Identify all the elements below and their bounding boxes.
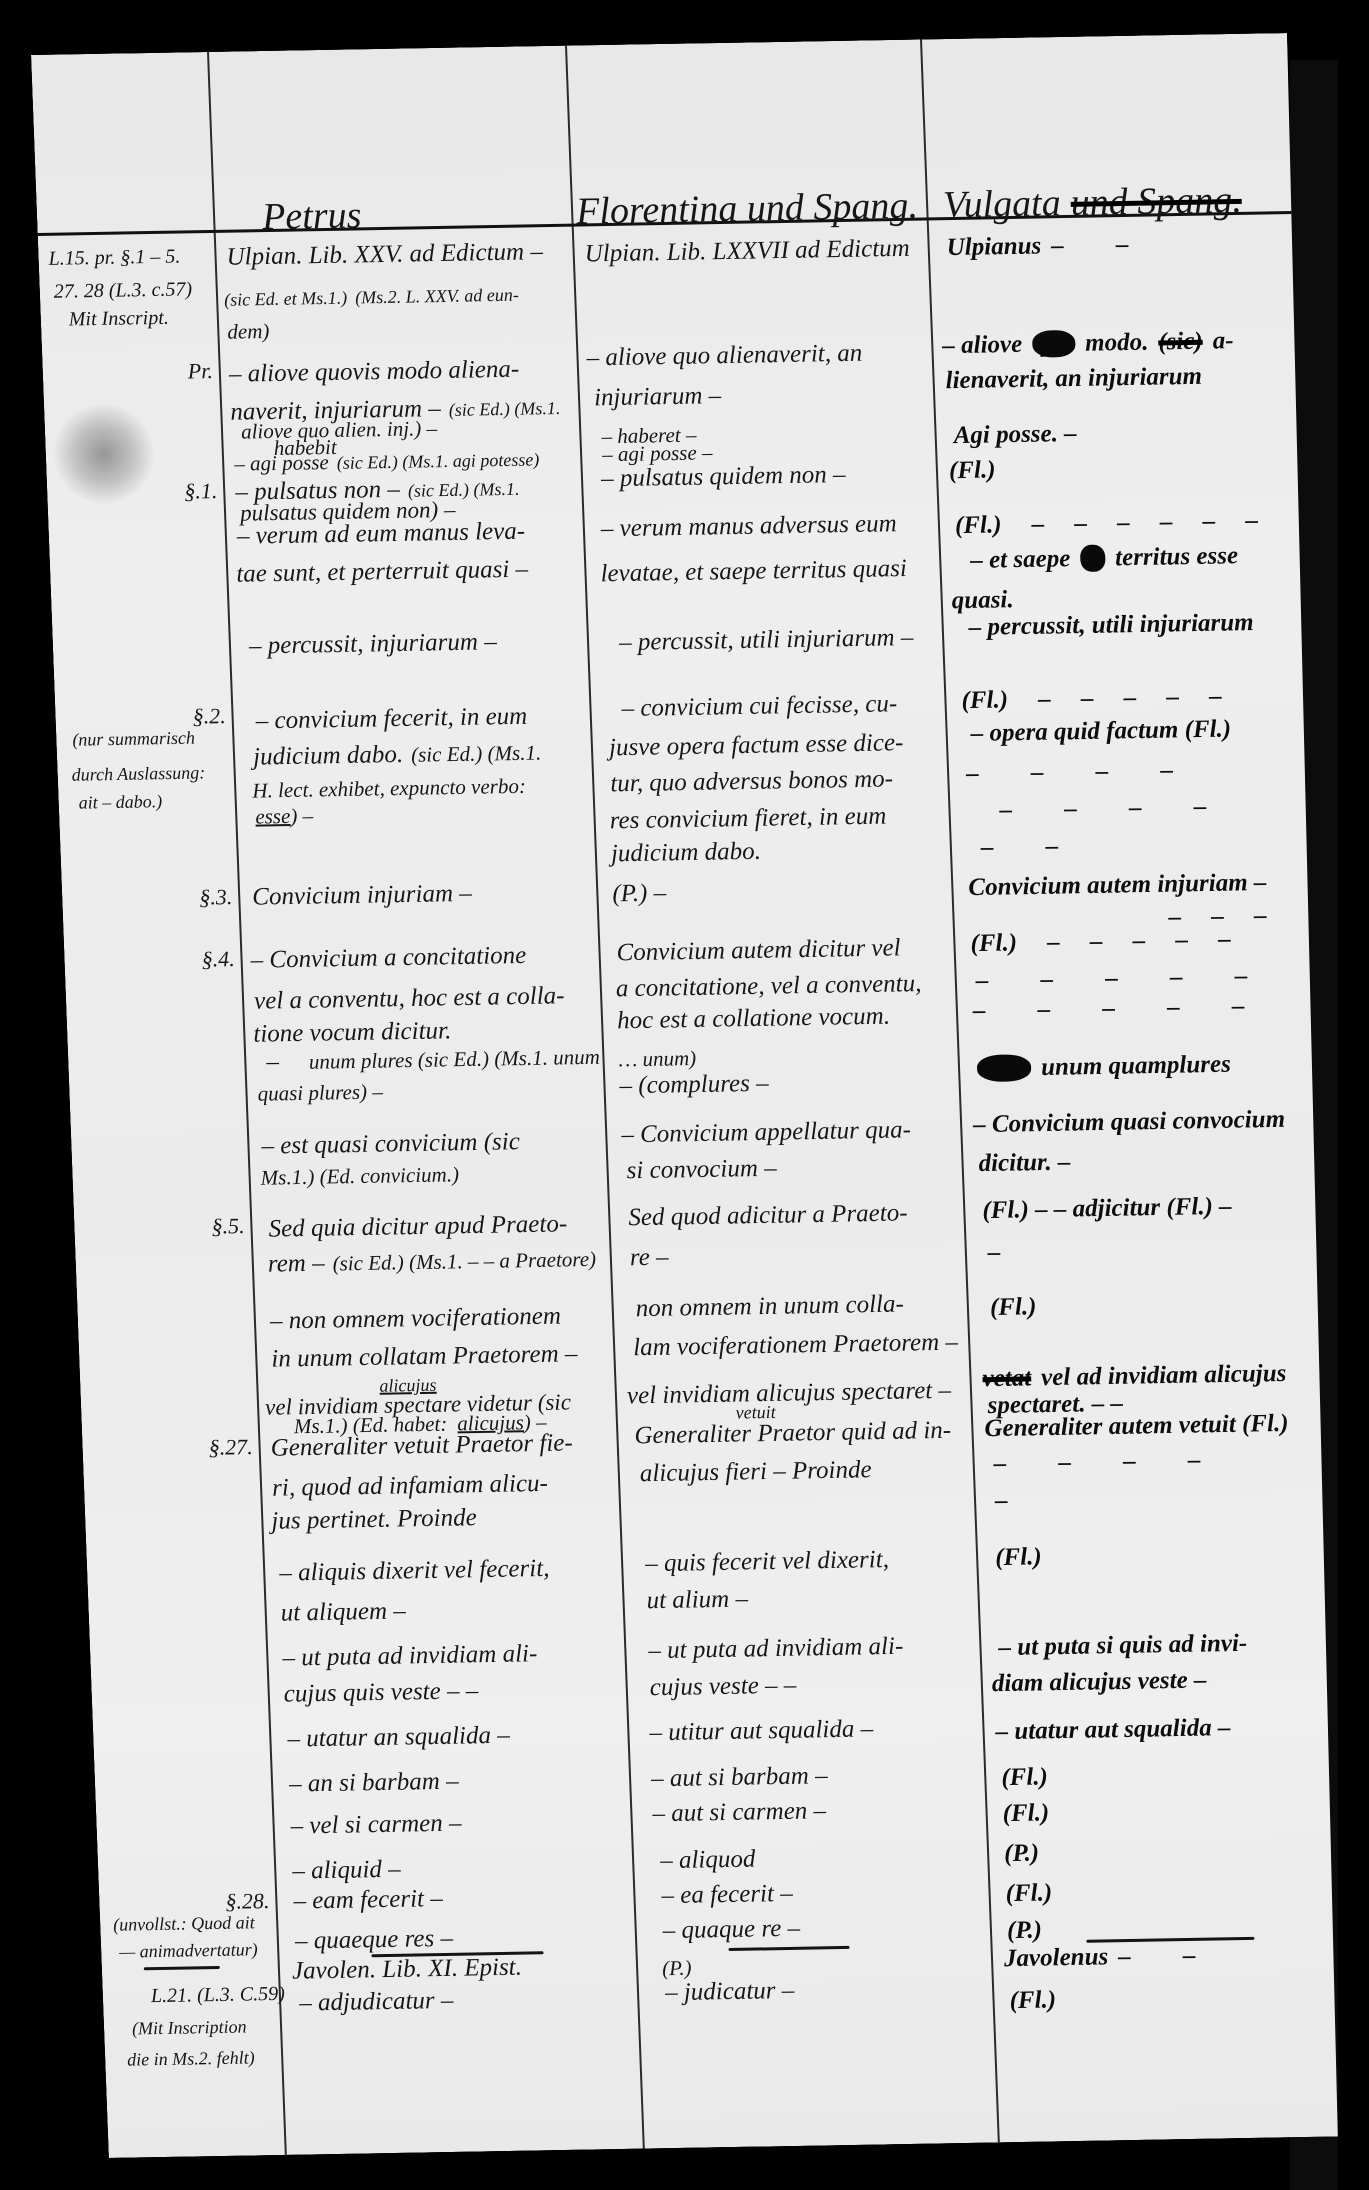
florentina-line: lam vociferationem Praetorem – [633,1329,959,1363]
florentina-line: – (complures – [619,1070,769,1101]
petrus-line: quasi plures) – [257,1078,383,1108]
vulgata-line: lienaverit, an injuriarum [945,363,1202,395]
vulgata-line: (Fl.) [989,1293,1037,1322]
florentina-line: ut alium – [646,1585,748,1615]
vulgata-line: (Fl.) [995,1543,1043,1572]
petrus-line: – Convicium a concitatione [250,942,527,975]
reading: Ulpianus [946,232,1041,261]
struck-word: vetat [982,1364,1032,1392]
margin-note: — animadvertatur) [119,1935,259,1965]
florentina-line: Generaliter Praetor quid ad in- [634,1417,952,1451]
vulgata-line: dicitur. – [978,1149,1071,1179]
florentina-line: – percussit, utili injuriarum – [619,624,914,657]
florentina-line: Sed quod adicitur a Praeto- [628,1199,908,1232]
florentina-column: Ulpian. Lib. LXXVII ad Edictum – aliove … [575,39,998,2148]
florentina-line: – quaque re – [662,1915,800,1945]
florentina-line: injuriarum – [594,382,722,412]
vulgata-line: (Fl.) [948,456,996,485]
vulgata-line: (P.) [1004,1840,1040,1869]
petrus-line: – aliquis dixerit vel fecerit, [279,1555,550,1588]
florentina-line: judicium dabo. [610,838,761,869]
vulgata-line: – – – – [966,756,1174,788]
florentina-line: alicujus fieri – Proinde [639,1456,872,1488]
underlined-word: esse [255,804,291,829]
florentina-line: – aliove quo alienaverit, an [586,340,863,373]
petrus-line: – est quasi convicium (sic [261,1128,520,1161]
petrus-line: tae sunt, et perterruit quasi – [236,556,529,589]
reading: – aliove [942,331,1023,359]
vulgata-line: vetatvel ad invidiam alicujus [982,1360,1287,1393]
margin-note: (nur summarisch [72,724,196,754]
petrus-line: Sed quia dicitur apud Praeto- [268,1210,568,1243]
collation-note: (Ms.2. L. XXV. ad eun- [355,285,519,308]
reading: – [266,1048,279,1075]
florentina-line: – aut si barbam – [651,1762,828,1793]
petrus-line: esse) – [255,802,314,831]
rule [728,1946,849,1951]
vulgata-line: Convicium autem injuriam – [968,869,1267,902]
vulgata-line: – – [980,833,1058,862]
vulgata-line: – ut puta si quis ad invi- [998,1630,1248,1662]
vulgata-line: Agi posse. – [953,420,1077,450]
reading: (sic Ed. et Ms.1.) [224,288,348,310]
florentina-line: cujus veste – – [649,1672,797,1703]
reading: – agi posse [234,450,329,476]
florentina-line: Ulpian. Lib. LXXVII ad Edictum [584,235,910,269]
margin-reference: L.21. (L.3. C.59) [150,1980,285,2010]
vulgata-line: (Fl.) [1009,1986,1057,2015]
collation-note: (sic Ed.) (Ms.1. agi potesse) [336,449,539,473]
florentina-line: – aliquod [660,1845,756,1875]
vulgata-line: (Fl.) – – – – – [970,926,1231,959]
florentina-line: – verum manus adversus eum [600,510,897,543]
petrus-line: – convicium fecerit, in eum [255,703,527,736]
petrus-line: – eam fecerit – [293,1885,443,1916]
reading: Javolenus [1004,1943,1109,1972]
struck-word: (sic) [1158,328,1203,356]
vulgata-line: Cumunum quamplures [977,1051,1232,1083]
petrus-line: – ut puta ad invidiam ali- [282,1640,538,1672]
scan-background: Petrus Florentina und Spang. Vulgataund … [0,0,1369,2190]
vulgata-line: (Fl.) – – – – – [961,683,1222,716]
petrus-line: vel a conventu, hoc est a colla- [254,982,565,1015]
margin-reference: Mit Inscript. [68,304,169,334]
florentina-line: – quis fecerit vel dixerit, [645,1546,890,1578]
petrus-line: – verum ad eum manus leva- [236,518,525,551]
margin-note: ait – dabo.) [78,787,163,816]
florentina-line: … unum) [618,1044,697,1073]
florentina-line: si convocium – [626,1155,777,1186]
petrus-line: – quaeque res – [294,1925,453,1956]
reading: judicium dabo. [253,741,404,771]
petrus-line: tione vocum dicitur. [253,1017,452,1048]
vulgata-line: – [987,1239,1001,1267]
petrus-line: Ms.1.) (Ed. convicium.) [260,1160,459,1191]
petrus-line: –unum plures (sic Ed.) (Ms.1. unum [266,1043,600,1077]
margin-note: die in Ms.2. fehlt) [127,2043,256,2073]
section-label: §.1. [184,477,218,506]
florentina-line: – aut si carmen – [652,1797,827,1828]
petrus-line: – utatur an squalida – [287,1722,510,1754]
petrus-line: (sic Ed. et Ms.1.)(Ms.2. L. XXV. ad eun- [224,281,520,314]
manuscript-page: Petrus Florentina und Spang. Vulgataund … [31,33,1365,2158]
petrus-line: – aliquid – [292,1856,401,1886]
collation-note: unum plures (sic Ed.) (Ms.1. unum [308,1045,600,1074]
florentina-line: vel invidiam alicujus spectaret – [626,1377,951,1411]
rule [144,1966,220,1970]
florentina-line: non omnem in unum colla- [635,1291,904,1324]
vulgata-line: – – – – [993,1446,1201,1478]
collation-note: (sic Ed.) (Ms.1. [448,398,560,420]
petrus-line: – non omnem vociferationem [269,1303,561,1336]
petrus-line: Javolen. Lib. XI. Epist. [292,1954,523,1986]
margin-note: (unvollst.: Quod ait [113,1908,256,1938]
section-label: §.4. [201,945,235,974]
vulgata-line: – – – – – [972,992,1245,1025]
vulgata-line: – opera quid factum (Fl.) [970,715,1231,748]
petrus-line: – percussit, injuriarum – [248,628,497,660]
reading: ) – [290,804,314,828]
florentina-line: re – [629,1244,669,1273]
reading: vel ad invidiam alicujus [1041,1360,1287,1391]
vulgata-line: (Fl.) – – – – – – [955,507,1259,540]
florentina-line: – utitur aut squalida – [649,1715,874,1747]
vulgata-line: – [995,1487,1009,1515]
petrus-line: H. lect. exhibet, expuncto verbo: [252,772,527,805]
vulgata-line: – – – – [999,793,1207,825]
reading: unum quamplures [1041,1051,1232,1081]
vulgata-line: – Convicium quasi convocium [973,1106,1286,1139]
petrus-line: ri, quod ad infamiam alicu- [272,1470,549,1503]
reading: modo. [1085,329,1149,357]
ink-blot: Cum [977,1054,1032,1082]
florentina-line: (P.) – [612,879,667,908]
vulgata-line: (P.) [1006,1917,1042,1946]
florentina-line: – ut puta ad invidiam ali- [648,1633,904,1665]
petrus-line: Convicium injuriam – [252,880,472,912]
dashes: – – [1118,1942,1196,1970]
petrus-line: – an si barbam – [289,1768,460,1799]
vulgata-line: – utatur aut squalida – [995,1714,1231,1746]
florentina-line: levatae, et saepe territus quasi [600,555,907,588]
section-label: §.5. [211,1212,245,1241]
collation-note: (sic Ed.) (Ms.1. [411,741,542,767]
petrus-line: in unum collatam Praetorem – [271,1340,578,1373]
reading: – et saepe [970,545,1071,574]
section-label: §.3. [199,883,233,912]
section-label: §.2. [192,702,226,731]
margin-note: durch Auslassung: [71,758,206,788]
florentina-line: – judicatur – [665,1977,795,2007]
vulgata-line: Javolenus– – [1004,1942,1196,1973]
reading: rem – [267,1250,325,1278]
petrus-line: cujus quis veste – – [283,1677,478,1708]
vulgata-line: (Fl.) – – adjicitur (Fl.) – [982,1193,1232,1225]
petrus-line: Ulpian. Lib. XXV. ad Edictum – [226,238,543,272]
section-label: Pr. [187,357,213,385]
vulgata-line: Generaliter autem vetuit (Fl.) [984,1410,1289,1443]
vulgata-line: – percussit, utili injuriarum [968,609,1254,642]
vulgata-line: – et saepeutterritus esse [970,542,1239,575]
vulgata-line: – aliovequomodo.(sic)a- [942,327,1234,360]
vulgata-line: diam alicujus veste – [991,1666,1207,1698]
vulgata-column: Ulpianus– – – aliovequomodo.(sic)a- lien… [931,33,1359,2142]
reading: a- [1212,327,1234,354]
vulgata-line: (Fl.) [1005,1879,1053,1908]
margin-reference: L.15. pr. §.1 – 5. [48,243,181,273]
section-label: §.27. [208,1433,253,1462]
ink-blot: quo [1032,330,1076,358]
florentina-line: – Convicium appellatur qua- [621,1116,912,1149]
florentina-line: jusve opera factum esse dice- [608,729,903,762]
collation-note: (sic Ed.) (Ms.1. – – a Praetore) [332,1247,596,1276]
dashes: – – [1051,231,1129,259]
vulgata-line: quasi. [951,586,1014,615]
florentina-line: Convicium autem dicitur vel [616,934,901,967]
petrus-line: – vel si carmen – [290,1810,462,1841]
florentina-line: hoc est a collatione vocum. [617,1003,891,1036]
reading: territus esse [1115,542,1239,571]
florentina-line: res convicium fieret, in eum [609,803,887,836]
vulgata-line: (Fl.) [1002,1799,1050,1828]
florentina-line: – convicium cui fecisse, cu- [621,690,898,723]
petrus-line: rem –(sic Ed.) (Ms.1. – – a Praetore) [267,1245,596,1279]
petrus-line: judicium dabo.(sic Ed.) (Ms.1. [253,739,542,772]
petrus-line: – adjudicatur – [299,1987,454,2018]
ink-blot: ut [1080,545,1106,572]
vulgata-line: Ulpianus– – [946,231,1129,262]
vulgata-line: – – – – – [975,962,1248,995]
florentina-line: tur, quo adversus bonos mo- [610,765,894,798]
petrus-line: Generaliter vetuit Praetor fie- [270,1429,573,1462]
margin-note: (Mit Inscription [132,2013,248,2043]
florentina-line: – pulsatus quidem non – [601,461,846,493]
vulgata-line: (Fl.) [1001,1763,1049,1792]
florentina-line: – ea fecerit – [661,1880,793,1910]
petrus-line: jus pertinet. Proinde [271,1504,477,1536]
margin-reference: 27. 28 (L.3. c.57) [53,275,192,305]
petrus-line: dem) [227,317,270,346]
florentina-line: a concitatione, vel a conventu, [615,970,921,1003]
petrus-line: – aliove quovis modo aliena- [228,356,519,389]
petrus-line: ut aliquem – [280,1597,406,1627]
petrus-line: aliove quo alien. inj.) – [241,414,438,445]
